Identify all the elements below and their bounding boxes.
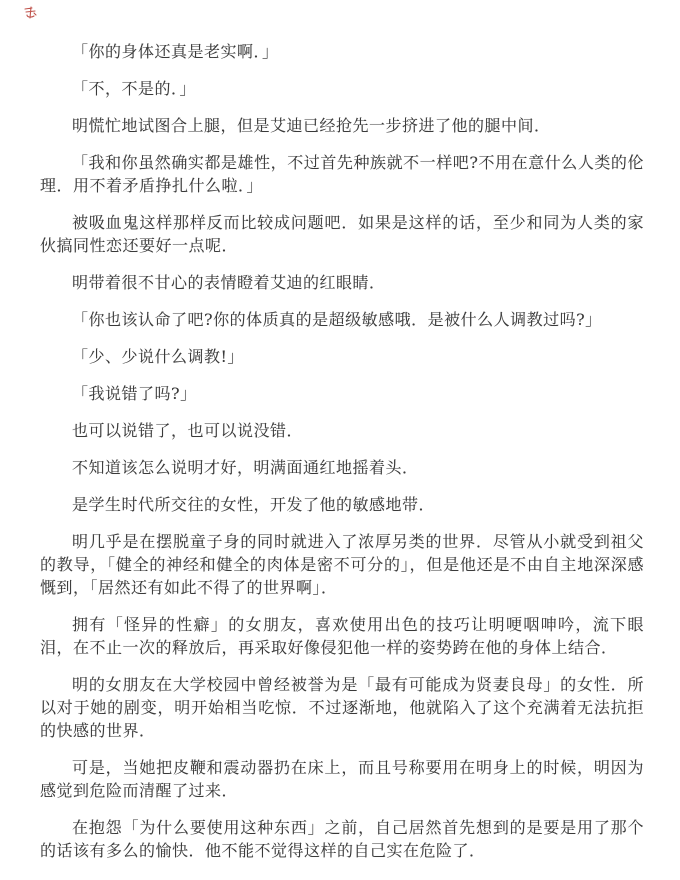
paragraph: 「我和你虽然确实都是雄性，不过首先种族就不一样吧?不用在意什么人类的伦理．用不着… [40,151,644,197]
paragraph: 在抱怨「为什么要使用这种东西」之前，自己居然首先想到的是要是用了那个的话该有多么… [40,816,644,862]
paragraph: 明带着很不甘心的表情瞪着艾迪的红眼睛． [40,271,644,294]
paragraph: 「你也该认命了吧?你的体质真的是超级敏感哦．是被什么人调教过吗?」 [40,308,644,331]
paragraph: 明几乎是在摆脱童子身的同时就进入了浓厚另类的世界．尽管从小就受到祖父的教导，「健… [40,530,644,599]
paragraph: 「不，不是的．」 [40,77,644,100]
paragraph: 也可以说错了，也可以说没错． [40,419,644,442]
paragraph: 不知道该怎么说明才好，明满面通红地摇着头． [40,456,644,479]
paragraph: 「你的身体还真是老实啊．」 [40,40,644,63]
paragraph: 拥有「怪异的性癖」的女朋友，喜欢使用出色的技巧让明哽咽呻吟，流下眼泪，在不止一次… [40,613,644,659]
document-page: 「你的身体还真是老实啊．」 「不，不是的．」 明慌忙地试图合上腿，但是艾迪已经抢… [0,0,680,862]
paragraph: 明慌忙地试图合上腿，但是艾迪已经抢先一步挤进了他的腿中间． [40,114,644,137]
paragraph: 被吸血鬼这样那样反而比较成问题吧．如果是这样的话，至少和同为人类的家伙搞同性恋还… [40,211,644,257]
paragraph: 是学生时代所交往的女性，开发了他的敏感地带． [40,493,644,516]
paragraph: 「我说错了吗?」 [40,382,644,405]
paragraph: 「少、少说什么调教!」 [40,345,644,368]
paragraph: 明的女朋友在大学校园中曾经被誉为是「最有可能成为贤妻良母」的女性．所以对于她的剧… [40,673,644,742]
paragraph: 可是，当她把皮鞭和震动器扔在床上，而且号称要用在明身上的时候，明因为感觉到危险而… [40,756,644,802]
